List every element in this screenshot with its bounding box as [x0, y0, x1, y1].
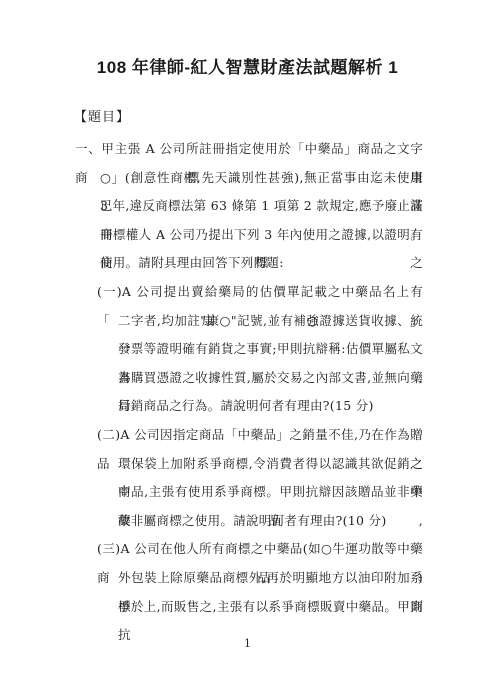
text-line: 環保袋上加附系爭商標,令消費者得以認識其欲促銷之中藥	[75, 450, 423, 479]
text-line: 為購買憑證之收據性質,屬於交易之內部文書,並無向藥局	[75, 364, 423, 393]
text-line: 行銷商品之行為。請說明何者有理由?(15 分)	[75, 392, 423, 421]
text-line: 一、甲主張 A 公司所註冊指定使用於「中藥品」商品之文字商標「康	[75, 135, 423, 164]
text-line: (三)A 公司在他人所有商標之中藥品(如○牛運功散等中藥商品)	[75, 535, 423, 564]
text-line: 商品,主張有使用系爭商標。甲則抗辯因該贈品並非中藥品,	[75, 478, 423, 507]
section-label: 【題目】	[74, 108, 130, 128]
text-line: (一)A 公司提出賣給藥局的估價單記載之中藥品名上有「康○」	[75, 278, 423, 307]
page-title: 108 年律師-紅人智慧財產法試題解析 1	[0, 56, 495, 80]
text-line: ○」(創意性商標,先天識別性甚強),無正當事由迄未使用已滿	[75, 164, 423, 193]
text-line: (二)A 公司因指定商品「中藥品」之銷量不佳,乃在作為贈品之	[75, 421, 423, 450]
page-number: 1	[0, 636, 495, 652]
text-line: 3 年,違反商標法第 63 條第 1 項第 2 款規定,應予廢止註冊。	[75, 192, 423, 221]
document-page: 108 年律師-紅人智慧財產法試題解析 1 【題目】 一、甲主張 A 公司所註冊…	[0, 0, 495, 700]
question-body: 一、甲主張 A 公司所註冊指定使用於「中藥品」商品之文字商標「康 ○」(創意性商…	[75, 135, 423, 621]
text-line: 外包裝上除原藥品商標外,再於明顯地方以油印附加系爭商	[75, 564, 423, 593]
text-line: 發票等證明確有銷貨之事實;甲則抗辯稱:估價單屬私文書,	[75, 335, 423, 364]
text-line: 二字者,均加註"康○"記號,並有補強證據送貨收據、統一	[75, 307, 423, 336]
text-line: 故非屬商標之使用。請說明何者有理由?(10 分)	[75, 507, 423, 536]
text-line: 標於上,而販售之,主張有以系爭商標販賣中藥品。甲則抗	[75, 593, 423, 622]
text-line: 商標權人 A 公司乃提出下列 3 年內使用之證據,以證明有商標之	[75, 221, 423, 250]
